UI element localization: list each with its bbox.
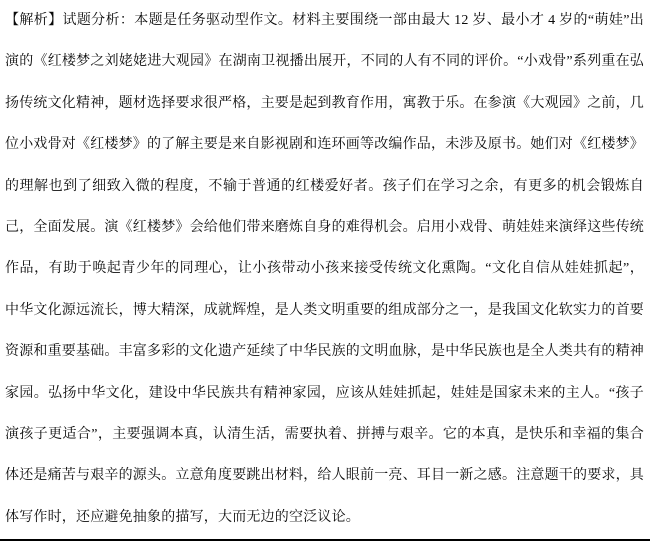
- text-line: 己，全面发展。演《红楼梦》会给他们带来磨炼自身的难得机会。启用小戏骨、萌娃娃来演…: [5, 207, 644, 248]
- text-line: 作品，有助于唤起青少年的同理心，让小孩带动小孩来接受传统文化熏陶。“文化自信从娃…: [5, 248, 644, 289]
- text-line: 的理解也到了细致入微的程度，不输于普通的红楼爱好者。孩子们在学习之余，有更多的机…: [5, 166, 644, 207]
- text-line: 家园。弘扬中华文化，建设中华民族共有精神家园，应该从娃娃抓起，娃娃是国家未来的主…: [5, 373, 644, 414]
- text-line: 位小戏骨对《红楼梦》的了解主要是来自影视剧和连环画等改编作品，未涉及原书。她们对…: [5, 124, 644, 165]
- text-line: 中华文化源远流长，博大精深，成就辉煌，是人类文明重要的组成部分之一，是我国文化软…: [5, 290, 644, 331]
- text-line: 体还是痛苦与艰辛的源头。立意角度要跳出材料，给人眼前一亮、耳目一新之感。注意题干…: [5, 455, 644, 496]
- analysis-document: 【解析】试题分析：本题是任务驱动型作文。材料主要围绕一部由最大 12 岁、最小才…: [0, 0, 650, 541]
- text-line: 【解析】试题分析：本题是任务驱动型作文。材料主要围绕一部由最大 12 岁、最小才…: [5, 0, 644, 41]
- text-line: 演孩子更适合”，主要强调本真，认清生活，需要执着、拼搏与艰辛。它的本真，是快乐和…: [5, 414, 644, 455]
- text-line: 演的《红楼梦之刘姥姥进大观园》在湖南卫视播出展开，不同的人有不同的评价。“小戏骨…: [5, 41, 644, 82]
- text-line: 资源和重要基础。丰富多彩的文化遗产延续了中华民族的文明血脉，是中华民族也是全人类…: [5, 331, 644, 372]
- text-line: 扬传统文化精神，题材选择要求很严格，主要是起到教育作用，寓教于乐。在参演《大观园…: [5, 83, 644, 124]
- text-line: 体写作时，还应避免抽象的描写，大而无边的空泛议论。: [5, 497, 644, 538]
